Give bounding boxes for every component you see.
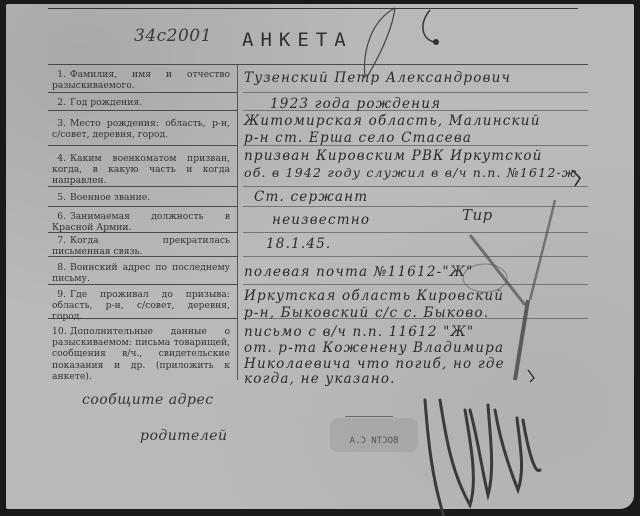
row-number: 9. — [52, 289, 66, 300]
answer-birth-year: 1923 года рождения — [270, 96, 441, 112]
question-5: 5.Военное звание. — [52, 192, 230, 203]
question-text: Занимаемая должность в Красной Армии. — [52, 211, 230, 233]
question-text: Военное звание. — [70, 192, 150, 203]
row-divider — [48, 110, 238, 111]
header-rule — [48, 64, 588, 65]
question-10: 10.Дополнительные данные о разыскиваемом… — [52, 326, 230, 382]
question-8: 8.Воинский адрес по последнему письму. — [52, 262, 230, 284]
row-number: 4. — [52, 153, 66, 164]
question-4: 4.Каким военкоматом призван, когда, в ка… — [52, 153, 230, 187]
answer-additional-line2: от. р-та Кожененy Владимира — [244, 340, 504, 356]
answer-residence-line1: Иркутская область Кировский — [244, 288, 504, 304]
answer-last-contact: 18.1.45. — [266, 236, 331, 252]
row-divider — [243, 256, 588, 257]
question-3: 3.Место рождения: область, р-н, с/совет,… — [52, 118, 230, 140]
row-divider — [48, 206, 238, 207]
answer-additional-line3: Николаевича что погиб, но где — [244, 356, 505, 372]
answer-draft-line1: призван Кировским РВК Иркутской — [244, 148, 543, 164]
question-1: 1.Фамилия, имя и отчество разыскиваемого… — [52, 69, 230, 91]
row-divider — [48, 145, 238, 146]
answer-birthplace-line1: Житомирская область, Малинский — [244, 113, 541, 129]
row-divider — [243, 206, 588, 207]
question-2: 2.Год рождения. — [52, 97, 230, 108]
answer-rank: Ст. сержант — [254, 189, 368, 205]
row-divider — [243, 186, 588, 187]
answer-military-address: полевая почта №11612-"Ж" — [244, 264, 474, 280]
margin-initials: Тир — [462, 206, 493, 224]
question-7: 7.Когда прекратилась письменная связь. — [52, 235, 230, 257]
row-number: 7. — [52, 235, 66, 246]
footer-note-line1: сообщите адрес — [82, 392, 214, 408]
question-text: Год рождения. — [70, 97, 142, 108]
row-number: 10. — [52, 326, 66, 337]
answer-birthplace-line2: р-н ст. Ерша село Стасева — [244, 130, 472, 146]
answer-position: неизвестно — [272, 212, 370, 228]
faded-stamp: ВОСТИ С.А — [330, 418, 418, 452]
row-number: 3. — [52, 118, 66, 129]
row-number: 1. — [52, 69, 66, 80]
row-number: 8. — [52, 262, 66, 273]
row-number: 2. — [52, 97, 66, 108]
question-6: 6.Занимаемая должность в Красной Армии. — [52, 211, 230, 233]
row-divider — [243, 284, 588, 285]
answer-full-name: Тузенский Петр Александрович — [244, 70, 511, 86]
question-text: Место рождения: область, р-н, с/совет, д… — [52, 118, 230, 140]
top-border — [48, 8, 578, 9]
footer-note-line2: родителей — [140, 428, 228, 444]
registration-number: 34с2001 — [134, 26, 212, 46]
question-text: Где проживал до призыва: область, р-н, с… — [52, 289, 230, 322]
row-number: 6. — [52, 211, 66, 222]
column-divider — [237, 64, 238, 380]
stamp-arrow — [345, 416, 393, 417]
question-text: Каким военкоматом призван, когда, в каку… — [52, 153, 230, 186]
answer-draft-line2: об. в 1942 году служил в в/ч п.п. №1612-… — [244, 165, 577, 180]
question-text: Фамилия, имя и отчество разыскиваемого. — [52, 69, 230, 91]
row-divider — [243, 232, 588, 233]
row-number: 5. — [52, 192, 66, 203]
row-divider — [243, 92, 588, 93]
question-text: Воинский адрес по последнему письму. — [52, 262, 230, 284]
answer-additional-line4: когда, не указано. — [244, 371, 396, 387]
question-text: Дополнительные данные о разыскиваемом: п… — [52, 326, 230, 382]
question-9: 9.Где проживал до призыва: область, р-н,… — [52, 289, 230, 323]
question-text: Когда прекратилась письменная связь. — [52, 235, 230, 257]
answer-residence-line2: р-н, Быковский с/с с. Быково. — [244, 305, 489, 321]
row-divider — [48, 92, 238, 93]
answer-additional-line1: письмо с в/ч п.п. 11612 "Ж" — [244, 324, 474, 340]
form-title: АНКЕТА — [242, 29, 353, 51]
